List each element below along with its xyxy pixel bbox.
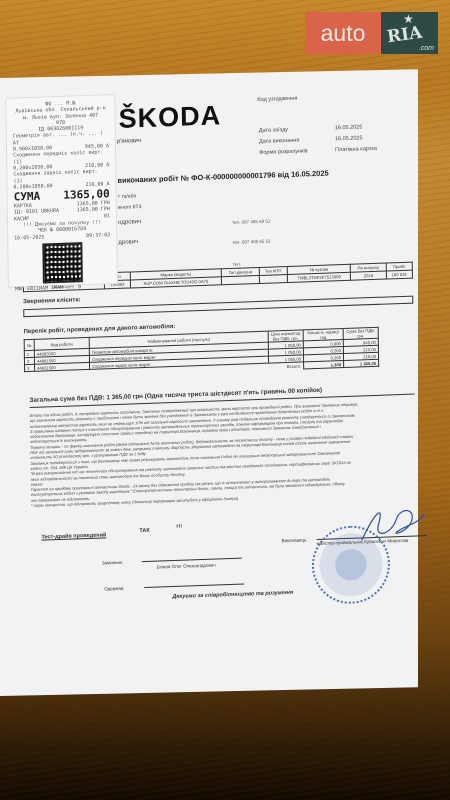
- approval-code-label: Код узгодження: [257, 96, 297, 103]
- works-label: Перелік робіт, проведених для даного авт…: [24, 324, 176, 335]
- test-drive-label: Тест-драйв проведений: [41, 532, 106, 540]
- receipt-fiscal: МФС ЄВ11ИАМ АМАМ ... 0: [15, 283, 111, 293]
- phone: тел. 097 405 69 51: [232, 219, 270, 225]
- test-drive-yes: ТАК: [139, 528, 149, 534]
- text-line: ндрович: [118, 219, 141, 226]
- thanks-note: Дякуємо за співробітництво та розуміння: [172, 590, 293, 600]
- phone: тел.: [233, 262, 241, 267]
- signature-icon: [356, 503, 427, 545]
- watermark-auto-text: auto: [305, 12, 381, 54]
- text-line: т та/або: [118, 193, 137, 200]
- received-signature-line: [144, 584, 244, 588]
- document-title: виконаних робіт № ФО-К-000000000001796 в…: [117, 169, 328, 185]
- text-line: жного КТЗ: [118, 204, 142, 211]
- order-info: Дата заїзду16.05.2025 Дата виконання16.0…: [259, 122, 377, 159]
- received-label: Одержав:: [104, 586, 124, 592]
- watermark-com-text: .com: [419, 45, 434, 52]
- brand-logo: ŠKODA: [118, 100, 221, 135]
- work-order-document: ŠKODA Код узгодження р'янович Дата заїзд…: [0, 69, 418, 696]
- customer-signature-line: [142, 558, 242, 562]
- payment-receipt: ФО ... М.№ Львівська обл. Сокальський р-…: [5, 94, 118, 288]
- works-table: № Код роботи Найменування роботи (послуг…: [24, 327, 380, 379]
- terms-text: Етапи та обсяг робіт, їх попередню варті…: [30, 399, 421, 508]
- qr-code-icon: [42, 242, 83, 283]
- text-line: дрович: [118, 239, 138, 246]
- test-drive-no: НІ: [176, 524, 182, 530]
- complaint-box: [23, 296, 413, 318]
- customer-name: Бліков Олег Олександрович: [157, 563, 216, 570]
- executor-label: Виконавець:: [282, 537, 308, 543]
- complaint-label: Звернення клієнта:: [23, 297, 81, 305]
- phone: тел. 097 405 65 51: [232, 239, 270, 245]
- watermark-ria-block: ★ RIA .com: [381, 12, 438, 54]
- watermark-ria-text: RIA: [386, 23, 424, 48]
- autoria-watermark: auto ★ RIA .com: [305, 12, 438, 54]
- customer-fragment: р'янович: [117, 138, 141, 145]
- customer-label: Замовник:: [102, 560, 124, 566]
